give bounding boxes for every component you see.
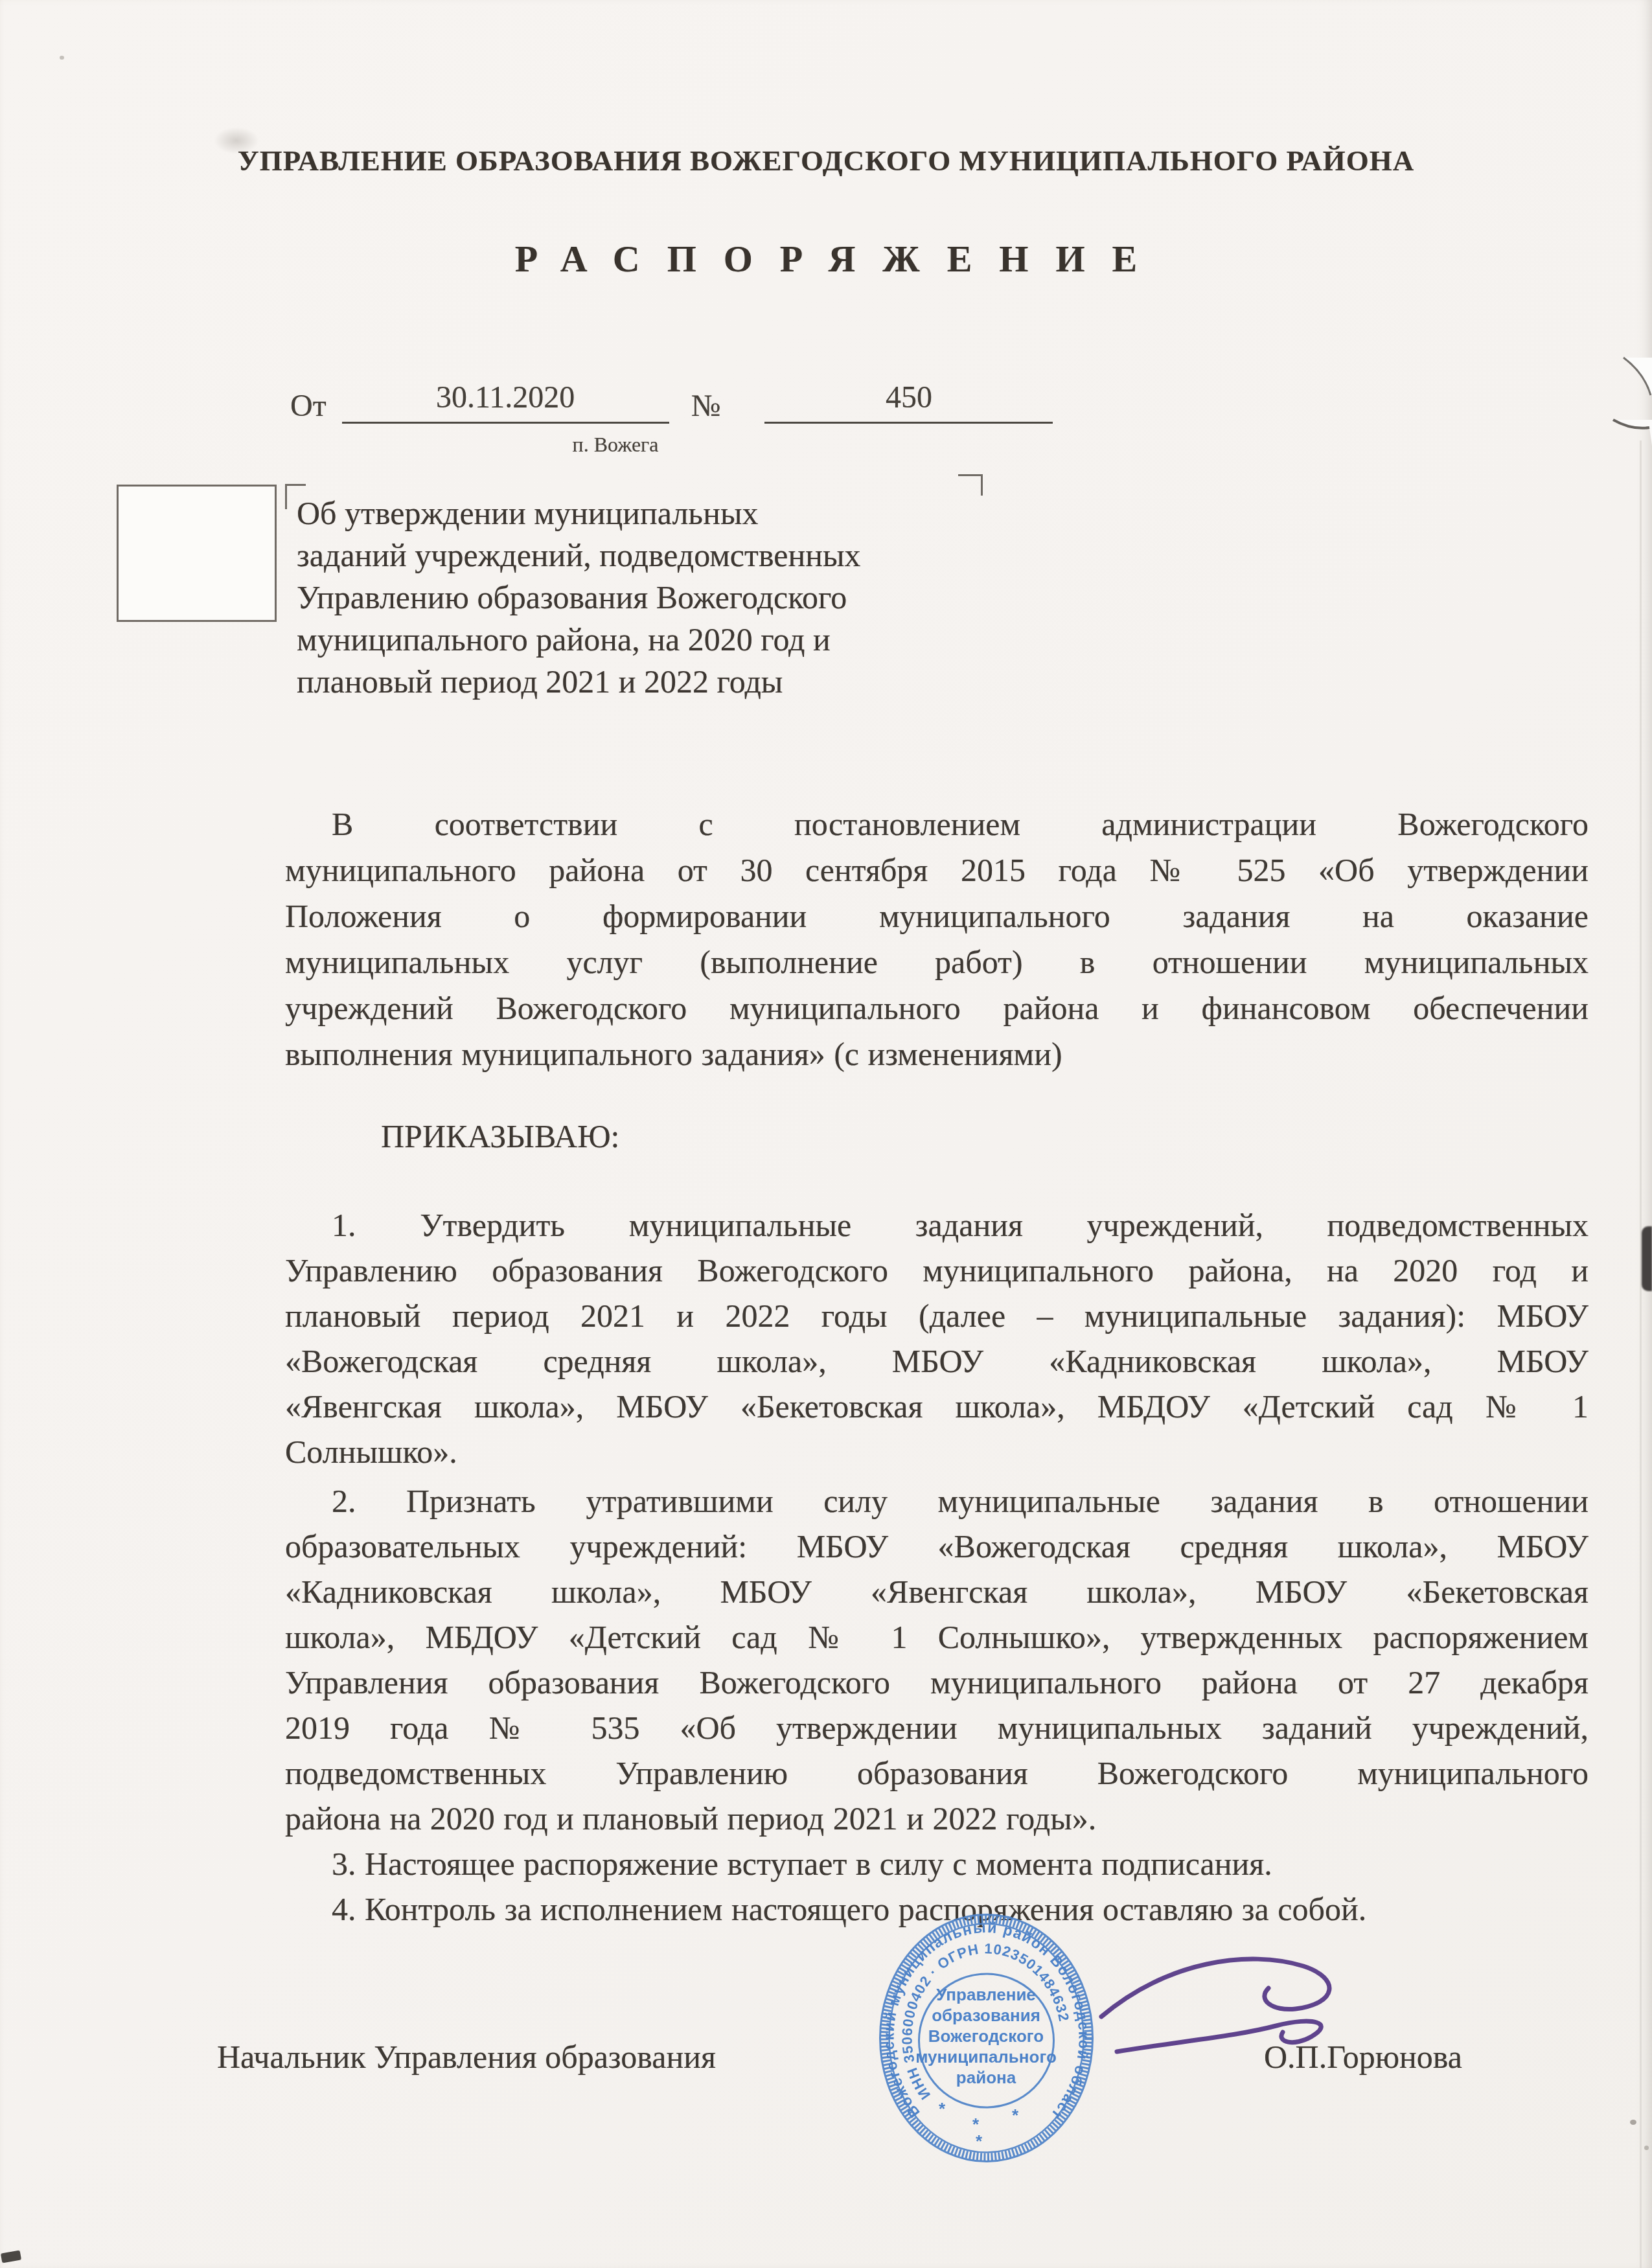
text-line: плановый период 2021 и 2022 годы (далее …: [285, 1293, 1589, 1338]
text-line: района на 2020 год и плановый период 202…: [285, 1796, 1589, 1841]
text-line: Управления образования Вожегодского муни…: [285, 1660, 1589, 1705]
stamp-star-icon: *: [976, 2131, 983, 2151]
date-field: 30.11.2020: [342, 380, 669, 424]
form-placeholder-box: [117, 485, 277, 622]
signer-position: Начальник Управления образования: [217, 2038, 716, 2076]
intro-paragraph: В соответствии с постановлением админист…: [285, 801, 1589, 1077]
place-name: п. Вожега: [499, 433, 732, 457]
text-line: Солнышко».: [285, 1429, 1589, 1474]
text-line: школа», МБДОУ «Детский сад № 1 Солнышко»…: [285, 1614, 1589, 1660]
scan-artifact-speck: [60, 56, 64, 60]
scan-artifact-edge-line: [1640, 441, 1642, 2268]
stamp-center-line: образования: [932, 2006, 1040, 2025]
order-item-2: 2. Признать утратившими силу муниципальн…: [285, 1478, 1589, 1841]
text-line: плановый период 2021 и 2022 годы: [297, 661, 983, 703]
text-line: 2. Признать утратившими силу муниципальн…: [285, 1478, 1589, 1524]
order-item-3: 3. Настоящее распоряжение вступает в сил…: [285, 1841, 1589, 1886]
text-line: «Явенгская школа», МБОУ «Бекетовская шко…: [285, 1384, 1589, 1429]
text-line: В соответствии с постановлением админист…: [285, 801, 1589, 847]
subject-block: Об утверждении муниципальныхзаданий учре…: [297, 492, 983, 703]
scan-artifact-smudge: [214, 127, 259, 154]
text-line: Об утверждении муниципальных: [297, 492, 983, 534]
text-line: Положения о формировании муниципального …: [285, 893, 1589, 939]
stamp-star-icon: *: [939, 2099, 946, 2118]
scan-artifact-page-fold: [1612, 355, 1652, 446]
number-sign: №: [691, 388, 721, 424]
text-line: муниципальных услуг (выполнение работ) в…: [285, 939, 1589, 985]
scan-artifact-speck: [1644, 2146, 1649, 2150]
date-number-row: От 30.11.2020 № 450: [290, 380, 1053, 424]
signature-row: Начальник Управления образования О.П.Гор…: [217, 2038, 1462, 2076]
scan-artifact-corner-mark: [1, 2251, 21, 2263]
stamp-center-line: Управление: [936, 1985, 1036, 2004]
text-line: 1. Утвердить муниципальные задания учреж…: [285, 1202, 1589, 1248]
order-item-1: 1. Утвердить муниципальные задания учреж…: [285, 1202, 1589, 1474]
text-line: Управлению образования Вожегодского: [297, 577, 983, 619]
text-line: муниципального района от 30 сентября 201…: [285, 847, 1589, 893]
scan-artifact-blob: [1642, 1226, 1652, 1291]
document-type-title: РАСПОРЯЖЕНИЕ: [0, 237, 1652, 281]
text-line: выполнения муниципального задания» (с из…: [285, 1031, 1589, 1077]
text-line: 2019 года № 535 «Об утверждении муниципа…: [285, 1705, 1589, 1750]
text-line: «Кадниковская школа», МБОУ «Явенгская шк…: [285, 1569, 1589, 1614]
number-field: 450: [764, 380, 1053, 424]
order-keyword: ПРИКАЗЫВАЮ:: [381, 1117, 619, 1155]
text-line: «Вожегодская средняя школа», МБОУ «Кадни…: [285, 1338, 1589, 1384]
stamp-star-icon: *: [1012, 2105, 1019, 2125]
scan-artifact-speck: [1630, 2120, 1636, 2125]
text-line: Управлению образования Вожегодского муни…: [285, 1248, 1589, 1293]
from-label: От: [290, 388, 327, 424]
signer-name: О.П.Горюнова: [1264, 2038, 1462, 2076]
text-line: образовательных учреждений: МБОУ «Вожего…: [285, 1524, 1589, 1569]
scanned-document-page: УПРАВЛЕНИЕ ОБРАЗОВАНИЯ ВОЖЕГОДСКОГО МУНИ…: [0, 0, 1652, 2268]
text-line: учреждений Вожегодского муниципального р…: [285, 985, 1589, 1031]
text-line: муниципального района, на 2020 год и: [297, 619, 983, 661]
text-line: 3. Настоящее распоряжение вступает в сил…: [285, 1841, 1589, 1886]
text-line: подведомственных Управлению образования …: [285, 1750, 1589, 1796]
text-line: заданий учреждений, подведомственных: [297, 534, 983, 577]
